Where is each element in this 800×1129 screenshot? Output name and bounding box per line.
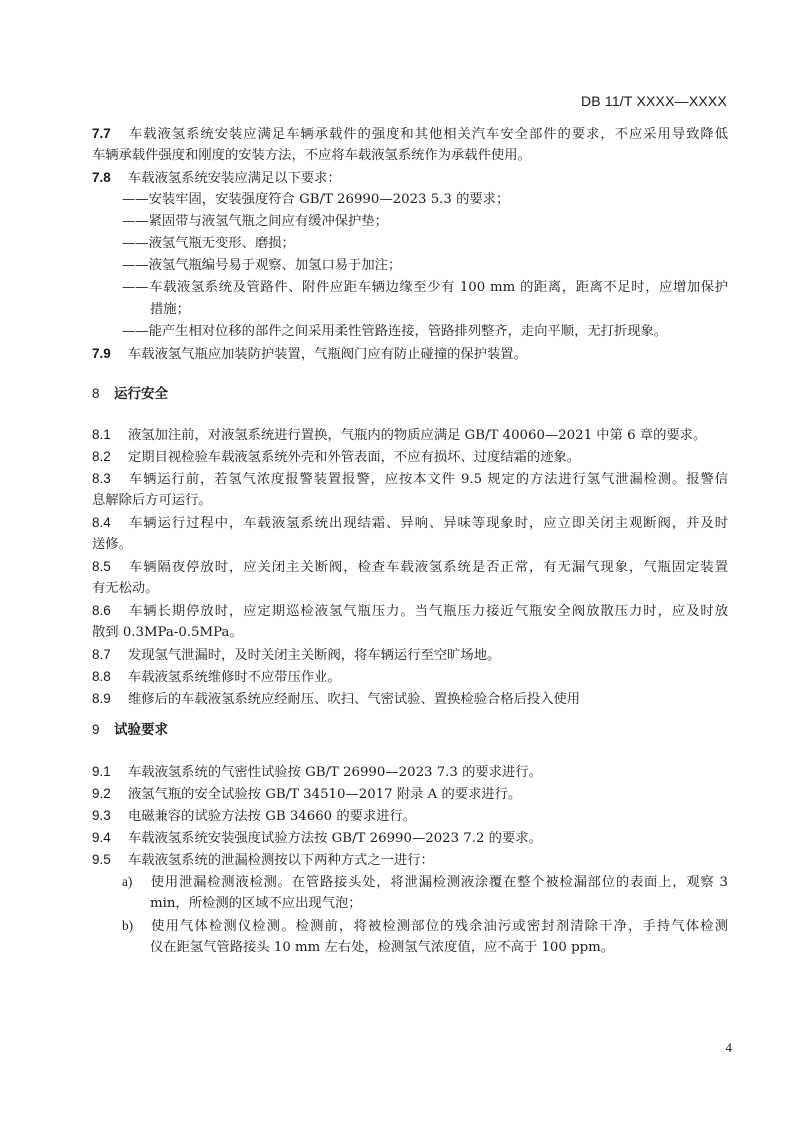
clause-text: 车载液氢系统安装应满足车辆承载件的强度和其他相关汽车安全部件的要求，不应采用导致… — [128, 127, 728, 142]
section-8-heading: 8运行安全 — [92, 383, 728, 405]
clause-text: 车载液氢系统的气密性试验按 GB/T 26990—2023 7.3 的要求进行。 — [128, 765, 542, 780]
list-item: ——液氢气瓶无变形、磨损； — [122, 233, 728, 255]
sub-item-text: 使用气体检测仪检测。检测前，将被检测部位的残余油污或密封剂清除干净，手持气体检测 — [150, 919, 728, 934]
list-item: ——车载液氢系统及管路件、附件应距车辆边缘至少有 100 mm 的距离，距离不足… — [122, 277, 728, 299]
clause-9-4: 9.4车载液氢系统安装强度试验方法按 GB/T 26990—2023 7.2 的… — [92, 827, 728, 849]
clause-8-5-line-2: 有无松动。 — [92, 578, 728, 600]
clause-number: 7.9 — [92, 343, 128, 365]
section-number: 9 — [92, 719, 114, 741]
clause-text: 电磁兼容的试验方法按 GB 34660 的要求进行。 — [128, 809, 416, 824]
clause-text: 车辆运行前，若氢气浓度报警装置报警，应按本文件 9.5 规定的方法进行氢气泄漏检… — [128, 472, 728, 487]
clause-number: 9.2 — [92, 783, 128, 805]
clause-number: 8.8 — [92, 666, 128, 688]
clause-8-4-line-2: 送修。 — [92, 534, 728, 556]
clause-9-1: 9.1车载液氢系统的气密性试验按 GB/T 26990—2023 7.3 的要求… — [92, 761, 728, 783]
sub-item-label: b) — [122, 915, 150, 937]
clause-number: 7.8 — [92, 167, 128, 189]
clause-text: 车载液氢系统维修时不应带压作业。 — [128, 670, 341, 685]
clause-number: 8.3 — [92, 468, 128, 490]
clause-8-4-line-1: 8.4车辆运行过程中，车载液氢系统出现结霜、异响、异味等现象时，应立即关闭主观断… — [92, 512, 728, 534]
clause-text: 车辆隔夜停放时，应关闭主关断阀，检查车载液氢系统是否正常，有无漏气现象，气瓶固定… — [128, 560, 728, 575]
clause-number: 8.5 — [92, 556, 128, 578]
clause-7-8: 7.8车载液氢系统安装应满足以下要求： — [92, 167, 728, 189]
clause-8-1: 8.1液氢加注前，对液氢系统进行置换，气瓶内的物质应满足 GB/T 40060—… — [92, 424, 728, 446]
clause-8-6-line-2: 散到 0.3MPa-0.5MPa。 — [92, 622, 728, 644]
clause-number: 8.2 — [92, 446, 128, 468]
clause-8-8: 8.8车载液氢系统维修时不应带压作业。 — [92, 666, 728, 688]
clause-number: 8.4 — [92, 512, 128, 534]
section-9-heading: 9试验要求 — [92, 719, 728, 741]
clause-number: 9.5 — [92, 849, 128, 871]
clause-8-7: 8.7发现氢气泄漏时，及时关闭主关断阀，将车辆运行至空旷场地。 — [92, 644, 728, 666]
clause-text: 车辆运行过程中，车载液氢系统出现结霜、异响、异味等现象时，应立即关闭主观断阀，并… — [128, 516, 728, 531]
standard-code-header: DB 11/T XXXX—XXXX — [581, 93, 727, 109]
page-number: 4 — [726, 1040, 733, 1056]
list-item: ——液氢气瓶编号易于观察、加氢口易于加注； — [122, 255, 728, 277]
clause-text: 车载液氢气瓶应加装防护装置，气瓶阀门应有防止碰撞的保护装置。 — [128, 347, 527, 362]
clause-9-3: 9.3电磁兼容的试验方法按 GB 34660 的要求进行。 — [92, 805, 728, 827]
clause-number: 9.1 — [92, 761, 128, 783]
clause-text: 车辆长期停放时，应定期巡检液氢气瓶压力。当气瓶压力接近气瓶安全阀放散压力时，应及… — [128, 604, 728, 619]
clause-number: 9.4 — [92, 827, 128, 849]
clause-number: 7.7 — [92, 123, 128, 145]
sub-item-a-line-2: min，所检测的区域不应出现气泡； — [150, 893, 728, 915]
sub-item-a-line-1: a)使用泄漏检测液检测。在管路接头处，将泄漏检测液涂覆在整个被检漏部位的表面上，… — [122, 871, 728, 893]
clause-7-7-line-1: 7.7车载液氢系统安装应满足车辆承载件的强度和其他相关汽车安全部件的要求，不应采… — [92, 123, 728, 145]
clause-text: 发现氢气泄漏时，及时关闭主关断阀，将车辆运行至空旷场地。 — [128, 648, 500, 663]
sub-item-b-line-1: b)使用气体检测仪检测。检测前，将被检测部位的残余油污或密封剂清除干净，手持气体… — [122, 915, 728, 937]
clause-number: 8.7 — [92, 644, 128, 666]
clause-text: 车载液氢系统的泄漏检测按以下两种方式之一进行： — [128, 853, 434, 868]
list-item: ——安装牢固，安装强度符合 GB/T 26990—2023 5.3 的要求； — [122, 189, 728, 211]
clause-text: 维修后的车载液氢系统应经耐压、吹扫、气密试验、置换检验合格后投入使用 — [128, 692, 580, 707]
clause-8-3-line-1: 8.3车辆运行前，若氢气浓度报警装置报警，应按本文件 9.5 规定的方法进行氢气… — [92, 468, 728, 490]
clause-8-5-line-1: 8.5车辆隔夜停放时，应关闭主关断阀，检查车载液氢系统是否正常，有无漏气现象，气… — [92, 556, 728, 578]
list-item: ——紧固带与液氢气瓶之间应有缓冲保护垫； — [122, 211, 728, 233]
clause-text: 液氢加注前，对液氢系统进行置换，气瓶内的物质应满足 GB/T 40060—202… — [128, 428, 706, 443]
sub-item-b-line-2: 仪在距氢气管路接头 10 mm 左右处，检测氢气浓度值，应不高于 100 ppm… — [150, 937, 728, 959]
clause-number: 8.6 — [92, 600, 128, 622]
list-item-continuation: 措施； — [150, 299, 728, 321]
section-number: 8 — [92, 383, 114, 405]
clause-text: 定期目视检验车载液氢系统外壳和外管表面，不应有损坏、过度结霜的迹象。 — [128, 450, 580, 465]
section-title: 运行安全 — [114, 386, 168, 401]
clause-9-5: 9.5车载液氢系统的泄漏检测按以下两种方式之一进行： — [92, 849, 728, 871]
clause-8-9: 8.9维修后的车载液氢系统应经耐压、吹扫、气密试验、置换检验合格后投入使用 — [92, 688, 728, 710]
clause-text: 液氢气瓶的安全试验按 GB/T 34510—2017 附录 A 的要求进行。 — [128, 787, 521, 802]
clause-number: 9.3 — [92, 805, 128, 827]
clause-7-9: 7.9车载液氢气瓶应加装防护装置，气瓶阀门应有防止碰撞的保护装置。 — [92, 343, 728, 365]
document-page: DB 11/T XXXX—XXXX 7.7车载液氢系统安装应满足车辆承载件的强度… — [0, 0, 800, 1129]
clause-8-3-line-2: 息解除后方可运行。 — [92, 490, 728, 512]
list-item: ——能产生相对位移的部件之间采用柔性管路连接，管路排列整齐，走向平顺，无打折现象… — [122, 321, 728, 343]
clause-number: 8.1 — [92, 424, 128, 446]
clause-8-6-line-1: 8.6车辆长期停放时，应定期巡检液氢气瓶压力。当气瓶压力接近气瓶安全阀放散压力时… — [92, 600, 728, 622]
clause-text: 车载液氢系统安装强度试验方法按 GB/T 26990—2023 7.2 的要求。 — [128, 831, 542, 846]
clause-number: 8.9 — [92, 688, 128, 710]
clause-text: 车载液氢系统安装应满足以下要求： — [128, 171, 341, 186]
clause-7-7-line-2: 车辆承载件强度和刚度的安装方法，不应将车载液氢系统作为承载件使用。 — [92, 145, 728, 167]
sub-item-label: a) — [122, 871, 150, 893]
section-title: 试验要求 — [114, 722, 168, 737]
sub-item-text: 使用泄漏检测液检测。在管路接头处，将泄漏检测液涂覆在整个被检漏部位的表面上，观察… — [150, 875, 728, 890]
clause-9-2: 9.2液氢气瓶的安全试验按 GB/T 34510—2017 附录 A 的要求进行… — [92, 783, 728, 805]
clause-8-2: 8.2定期目视检验车载液氢系统外壳和外管表面，不应有损坏、过度结霜的迹象。 — [92, 446, 728, 468]
